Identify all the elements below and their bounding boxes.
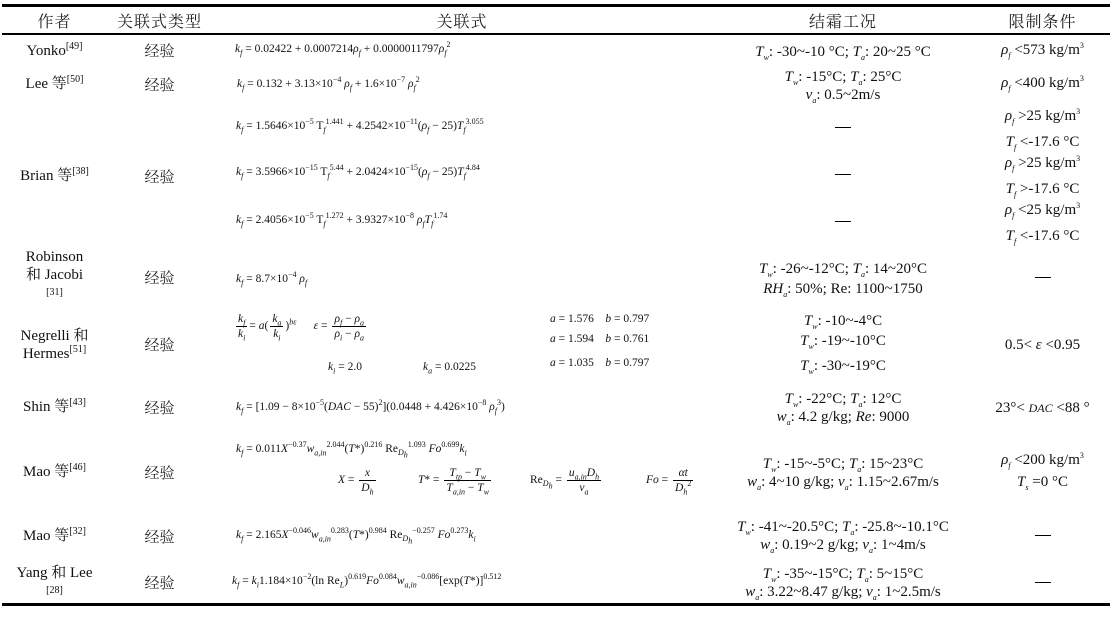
row-mao46-conditions: Tw: -15~-5°C; Ta: 15~23°Cwa: 4~10 g/kg; …: [712, 455, 974, 491]
row-yang-limits: [975, 573, 1110, 591]
row-brian-type: 经验: [108, 168, 211, 186]
row-negrelli-ki: ki = 2.0: [328, 360, 362, 374]
header-limits: 限制条件: [975, 9, 1110, 32]
row-mao46-def-tstar: T* = Ttp − TwTa,in − Tw: [418, 466, 493, 495]
row-brian-conditions-3: [712, 212, 974, 230]
row-negrelli-coef-1: a = 1.576 b = 0.797: [550, 312, 649, 326]
row-yonko-correlation: kf = 0.02422 + 0.0007214ρf + 0.000001179…: [235, 42, 451, 56]
row-mao46-author: Mao 等[46]: [2, 463, 107, 481]
row-mao32-correlation: kf = 2.165X−0.046wa,in0.283(T*)0.984 ReD…: [236, 528, 476, 542]
row-mao32-conditions: Tw: -41~-20.5°C; Ta: -25.8~-10.1°Cwa: 0.…: [712, 518, 974, 554]
row-brian-conditions-1: [712, 118, 974, 136]
row-brian-correlation-2: kf = 3.5966×10−15 Tf5.44 + 2.0424×10−15(…: [236, 165, 480, 179]
row-mao46-def-re: ReDh = ua,inDhνa: [530, 466, 603, 495]
row-negrelli-type: 经验: [108, 336, 211, 354]
row-negrelli-conditions-3: Tw: -30~-19°C: [712, 357, 974, 375]
row-yang-author: Yang 和 Lee [28]: [2, 564, 107, 600]
row-brian-conditions-2: [712, 165, 974, 183]
row-yonko-type: 经验: [108, 42, 211, 60]
row-brian-correlation-1: kf = 1.5646×10−5 Tf1.441 + 4.2542×10−11(…: [236, 119, 484, 133]
row-negrelli-coef-3: a = 1.035 b = 0.797: [550, 356, 649, 370]
row-brian-author: Brian 等[38]: [2, 167, 107, 185]
row-mao46-type: 经验: [108, 464, 211, 482]
row-negrelli-ka: ka = 0.0225: [423, 360, 476, 374]
row-yang-conditions: Tw: -35~-15°C; Ta: 5~15°Cwa: 3.22~8.47 g…: [712, 565, 974, 601]
row-brian-correlation-3: kf = 2.4056×10−5 Tf1.272 + 3.9327×10−8 ρ…: [236, 213, 447, 227]
header-type: 关联式类型: [108, 9, 211, 32]
row-negrelli-author: Negrelli 和 Hermes[51]: [2, 327, 107, 363]
row-robinson-author: Robinson 和 Jacobi [31]: [2, 248, 107, 302]
row-mao46-correlation: kf = 0.011X−0.37wa,in2.044(T*)0.216 ReDh…: [236, 442, 467, 456]
row-yonko-limits: ρf <573 kg/m3: [975, 41, 1110, 59]
row-negrelli-correlation: kfki= a(kaki)bε ε = ρf − ρaρi − ρa: [234, 312, 368, 341]
row-mao46-def-x: X = xDh: [338, 466, 378, 495]
row-robinson-type: 经验: [108, 269, 211, 287]
row-mao46-def-fo: Fo = αtDh2: [646, 466, 695, 495]
header-frost-conditions: 结霜工况: [712, 9, 974, 32]
row-robinson-conditions: Tw: -26~-12°C; Ta: 14~20°CRHa: 50%; Re: …: [712, 260, 974, 298]
row-negrelli-limits: 0.5< ε <0.95: [975, 336, 1110, 354]
row-mao32-limits: [975, 526, 1110, 544]
row-yang-correlation: kf = ki1.184×10−2(ln ReL)0.619Fo0.084wa,…: [232, 574, 501, 588]
row-mao32-type: 经验: [108, 528, 211, 546]
row-yonko-conditions: Tw: -30~-10 °C; Ta: 20~25 °C: [712, 43, 974, 61]
row-shin-author: Shin 等[43]: [2, 398, 107, 416]
row-negrelli-conditions-2: Tw: -19~-10°C: [712, 332, 974, 350]
top-rule: [2, 4, 1110, 7]
row-lee-conditions: Tw: -15°C; Ta: 25°Cva: 0.5~2m/s: [712, 68, 974, 104]
header-author: 作者: [2, 9, 107, 32]
row-shin-correlation: kf = [1.09 − 8×10−5(DAC − 55)2](0.0448 +…: [236, 400, 505, 414]
row-yang-type: 经验: [108, 574, 211, 592]
row-lee-correlation: kf = 0.132 + 3.13×10−4 ρf + 1.6×10−7 ρf2: [237, 77, 420, 91]
row-shin-limits: 23°< DAC <88 °: [975, 399, 1110, 417]
row-lee-author: Lee 等[50]: [2, 75, 107, 93]
row-mao46-limits: ρf <200 kg/m3Ts =0 °C: [975, 451, 1110, 491]
row-yonko-author: Yonko[49]: [2, 42, 107, 60]
row-negrelli-coef-2: a = 1.594 b = 0.761: [550, 332, 649, 346]
bottom-rule: [2, 603, 1110, 606]
row-mao32-author: Mao 等[32]: [2, 527, 107, 545]
row-brian-limits-1: ρf >25 kg/m3Tf <-17.6 °C: [975, 107, 1110, 151]
row-lee-limits: ρf <400 kg/m3: [975, 74, 1110, 92]
header-rule: [2, 33, 1110, 35]
row-shin-type: 经验: [108, 399, 211, 417]
row-brian-limits-2: ρf >25 kg/m3Tf >-17.6 °C: [975, 154, 1110, 198]
header-correlation: 关联式: [212, 9, 712, 32]
row-robinson-limits: [975, 268, 1110, 286]
row-brian-limits-3: ρf <25 kg/m3Tf <-17.6 °C: [975, 201, 1110, 245]
row-lee-type: 经验: [108, 76, 211, 94]
row-shin-conditions: Tw: -22°C; Ta: 12°Cwa: 4.2 g/kg; Re: 900…: [712, 390, 974, 426]
row-negrelli-conditions-1: Tw: -10~-4°C: [712, 312, 974, 330]
row-robinson-correlation: kf = 8.7×10−4 ρf: [236, 272, 307, 286]
